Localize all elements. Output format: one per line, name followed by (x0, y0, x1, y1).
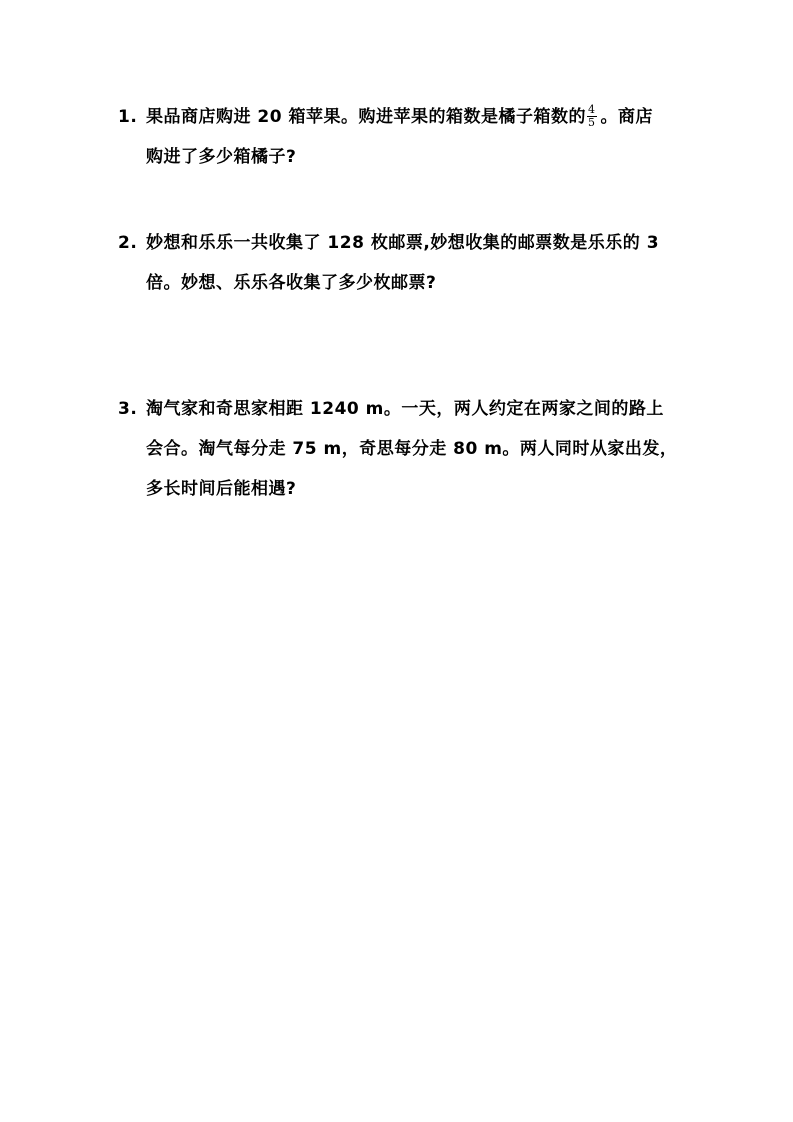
question-number: 1. (118, 97, 146, 137)
question-text: 。商店 (601, 107, 654, 127)
question-number: 2. (118, 223, 146, 263)
question-text: 购进了多少箱橘子? (146, 147, 296, 167)
question-line: 1.果品商店购进 20 箱苹果。购进苹果的箱数是橘子箱数的45。商店 (118, 97, 678, 137)
question-line: 3.淘气家和奇思家相距 1240 m。一天，两人约定在两家之间的路上 (118, 389, 678, 429)
question-text: 倍。妙想、乐乐各收集了多少枚邮票? (146, 273, 436, 293)
fraction: 45 (587, 104, 597, 129)
worksheet-page: 1.果品商店购进 20 箱苹果。购进苹果的箱数是橘子箱数的45。商店 购进了多少… (0, 0, 793, 1122)
question-line: 2.妙想和乐乐一共收集了 128 枚邮票,妙想收集的邮票数是乐乐的 3 (118, 223, 678, 263)
fraction-denominator: 5 (587, 117, 597, 129)
question-line: 多长时间后能相遇? (118, 469, 678, 509)
question-text: 果品商店购进 20 箱苹果。购进苹果的箱数是橘子箱数的 (146, 107, 586, 127)
question-2: 2.妙想和乐乐一共收集了 128 枚邮票,妙想收集的邮票数是乐乐的 3 倍。妙想… (118, 223, 678, 303)
question-text: 淘气家和奇思家相距 1240 m。一天，两人约定在两家之间的路上 (146, 399, 664, 419)
question-line: 会合。淘气每分走 75 m，奇思每分走 80 m。两人同时从家出发， (118, 429, 678, 469)
question-3: 3.淘气家和奇思家相距 1240 m。一天，两人约定在两家之间的路上 会合。淘气… (118, 389, 678, 509)
question-number: 3. (118, 389, 146, 429)
question-text: 多长时间后能相遇? (146, 479, 296, 499)
question-line: 倍。妙想、乐乐各收集了多少枚邮票? (118, 263, 678, 303)
fraction-numerator: 4 (587, 104, 597, 117)
question-text: 会合。淘气每分走 75 m，奇思每分走 80 m。两人同时从家出发， (146, 439, 677, 459)
question-1: 1.果品商店购进 20 箱苹果。购进苹果的箱数是橘子箱数的45。商店 购进了多少… (118, 97, 678, 177)
question-line: 购进了多少箱橘子? (118, 137, 678, 177)
question-text: 妙想和乐乐一共收集了 128 枚邮票,妙想收集的邮票数是乐乐的 3 (146, 233, 659, 253)
